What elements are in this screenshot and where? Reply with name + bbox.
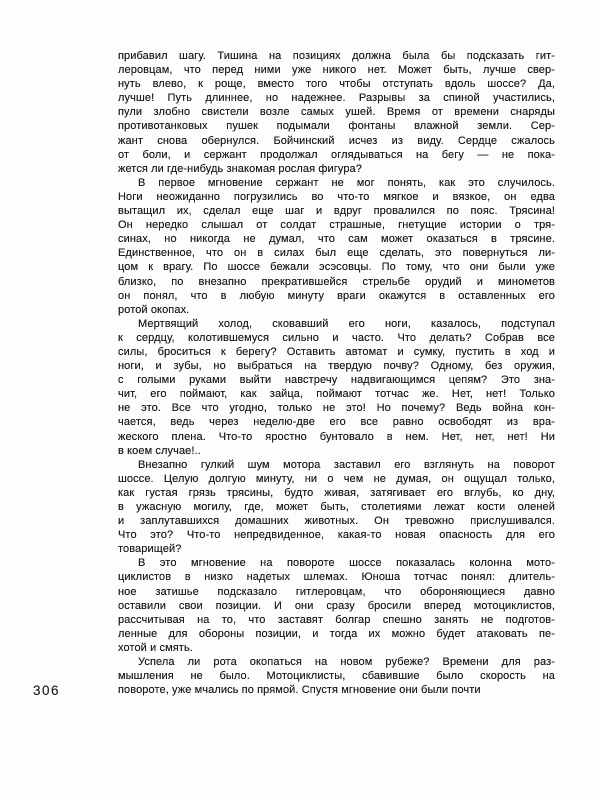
text-line: в коем случае!..: [118, 444, 555, 458]
text-line: шоссе. Целую долгую минуту, ни о чем не …: [118, 472, 555, 486]
text-line: чит, его поймают, как зайца, поймают тот…: [118, 387, 555, 401]
text-line: чается, ведь через неделю-две его все ра…: [118, 415, 555, 429]
text-column: прибавил шагу. Тишина на позициях должна…: [118, 49, 555, 697]
text-line: В первое мгновение сержант не мог понять…: [118, 176, 555, 190]
text-line: в ужасную могилу, где, может быть, столе…: [118, 500, 555, 514]
text-line: пули злобно свистели возле самых ушей. В…: [118, 105, 555, 119]
text-line: жется ли где-нибудь знакомая рослая фигу…: [118, 162, 555, 176]
text-line: ноги, и зубы, но выбраться на твердую по…: [118, 359, 555, 373]
text-line: ротой окопах.: [118, 303, 555, 317]
text-line: силы, броситься к берегу? Оставить автом…: [118, 345, 555, 359]
text-line: жеского плена. Что-то яростно бунтовало …: [118, 430, 555, 444]
text-line: от боли, и сержант продолжал оглядыватьс…: [118, 148, 555, 162]
text-line: Ноги неожиданно погрузились во что-то мя…: [118, 190, 555, 204]
text-line: противотанковых пушек подымали фонтаны в…: [118, 119, 555, 133]
text-line: и заплутавшихся домашних животных. Он тр…: [118, 514, 555, 528]
text-line: рассчитывая на то, что заставят болгар с…: [118, 613, 555, 627]
text-line: синах, но никогда не думал, что сам може…: [118, 232, 555, 246]
text-line: хотой и смять.: [118, 641, 555, 655]
text-line: леровцам, что перед ними уже никого нет.…: [118, 63, 555, 77]
text-line: Что это? Что-то непредвиденное, какая-то…: [118, 528, 555, 542]
text-line: к сердцу, колотившемуся сильно и часто. …: [118, 331, 555, 345]
text-line: как густая грязь трясины, будто живая, з…: [118, 486, 555, 500]
text-line: Мертвящий холод, сковавший его ноги, каз…: [118, 317, 555, 331]
text-line: прибавил шагу. Тишина на позициях должна…: [118, 49, 555, 63]
text-line: Внезапно гулкий шум мотора заставил его …: [118, 458, 555, 472]
text-line: Успела ли рота окопаться на новом рубеже…: [118, 655, 555, 669]
text-line: жант снова обернулся. Бойчинский исчез и…: [118, 134, 555, 148]
text-line: повороте, уже мчались по прямой. Спустя …: [118, 683, 555, 697]
text-line: лучше! Путь длиннее, но надежнее. Разрыв…: [118, 91, 555, 105]
text-line: мышления не было. Мотоциклисты, сбавивши…: [118, 669, 555, 683]
book-page: 306 прибавил шагу. Тишина на позициях до…: [0, 0, 600, 793]
page-number: 306: [33, 683, 60, 698]
text-line: Он нередко слышал от солдат страшные, гн…: [118, 218, 555, 232]
text-line: оставили свои позиции. И они сразу броси…: [118, 599, 555, 613]
text-line: вытащил их, сделал еще шаг и вдруг прова…: [118, 204, 555, 218]
text-line: товарищей?: [118, 542, 555, 556]
text-line: не это. Все что угодно, только не это! Н…: [118, 401, 555, 415]
text-line: Единственное, что он в силах был еще сде…: [118, 246, 555, 260]
text-line: с голыми руками выйти навстречу надвигаю…: [118, 373, 555, 387]
text-line: ленные для обороны позиции, и тогда их м…: [118, 627, 555, 641]
text-line: нуть влево, к роще, вместо того чтобы от…: [118, 77, 555, 91]
text-line: близко, по внезапно прекратившейся стрел…: [118, 275, 555, 289]
text-line: ное затишье подсказало гитлеровцам, что …: [118, 585, 555, 599]
text-line: циклистов в низко надетых шлемах. Юноша …: [118, 570, 555, 584]
text-line: он понял, что в любую минуту враги окажу…: [118, 289, 555, 303]
text-line: В это мгновение на повороте шоссе показа…: [118, 556, 555, 570]
text-line: цом к врагу. По шоссе бежали эсэсовцы. П…: [118, 260, 555, 274]
